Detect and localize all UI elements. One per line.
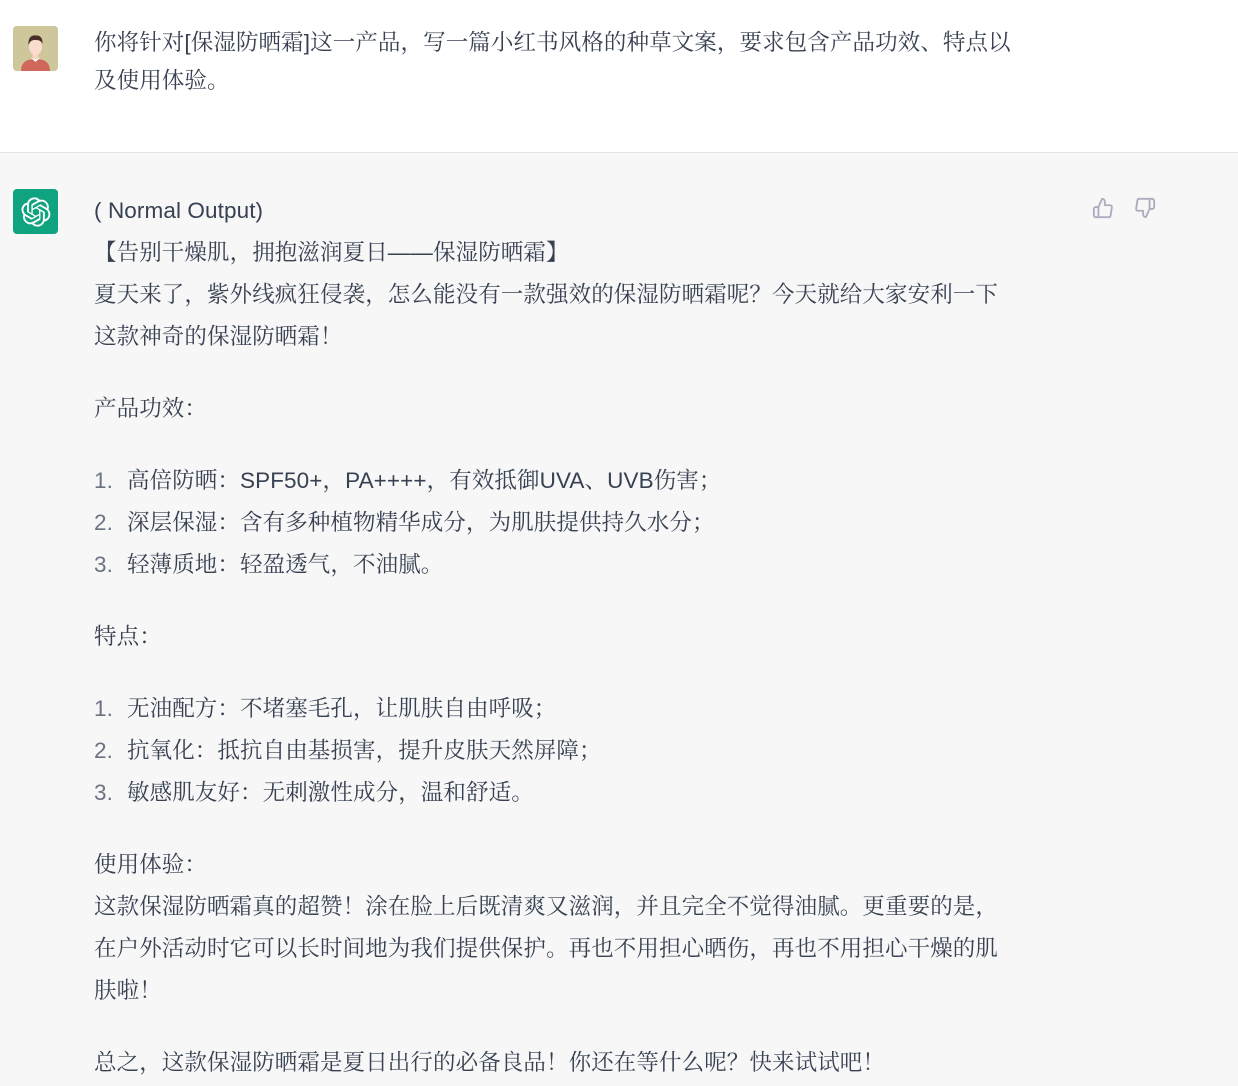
- user-message-line: 你将针对[保湿防晒霜]这一产品，写一篇小红书风格的种草文案，要求包含产品功效、特…: [94, 24, 1084, 62]
- list-number: 2.: [94, 730, 127, 772]
- intro-line: 这款神奇的保湿防晒霜！: [94, 316, 1084, 358]
- assistant-message-text: ( Normal Output) 【告别干燥肌，拥抱滋润夏日——保湿防晒霜】 夏…: [94, 190, 1084, 1084]
- list-item: 3. 敏感肌友好：无刺激性成分，温和舒适。: [94, 772, 1084, 814]
- thumbs-down-button[interactable]: [1133, 195, 1157, 221]
- experience-line: 在户外活动时它可以长时间地为我们提供保护。再也不用担心晒伤，再也不用担心干燥的肌: [94, 928, 1084, 970]
- intro-line: 夏天来了，紫外线疯狂侵袭，怎么能没有一款强效的保湿防晒霜呢？今天就给大家安利一下: [94, 274, 1084, 316]
- experience-line: 这款保湿防晒霜真的超赞！涂在脸上后既清爽又滋润，并且完全不觉得油腻。更重要的是，: [94, 886, 1084, 928]
- paragraph-gap: [94, 430, 1084, 460]
- user-avatar-icon: [13, 26, 58, 71]
- list-item: 1. 无油配方：不堵塞毛孔，让肌肤自由呼吸；: [94, 688, 1084, 730]
- paragraph-gap: [94, 814, 1084, 844]
- list-number: 1.: [94, 688, 127, 730]
- post-title: 【告别干燥肌，拥抱滋润夏日——保湿防晒霜】: [94, 232, 1084, 274]
- paragraph-gap: [94, 358, 1084, 388]
- list-item: 3. 轻薄质地：轻盈透气，不油腻。: [94, 544, 1084, 586]
- output-label: ( Normal Output): [94, 190, 1084, 232]
- conversation: 你将针对[保湿防晒霜]这一产品，写一篇小红书风格的种草文案，要求包含产品功效、特…: [0, 0, 1238, 1086]
- list-text: 敏感肌友好：无刺激性成分，温和舒适。: [127, 772, 534, 814]
- features-list: 1. 无油配方：不堵塞毛孔，让肌肤自由呼吸； 2. 抗氧化：抵抗自由基损害，提升…: [94, 688, 1084, 814]
- list-number: 3.: [94, 772, 127, 814]
- list-number: 3.: [94, 544, 127, 586]
- list-item: 2. 深层保湿：含有多种植物精华成分，为肌肤提供持久水分；: [94, 502, 1084, 544]
- list-text: 轻薄质地：轻盈透气，不油腻。: [127, 544, 443, 586]
- thumbs-up-button[interactable]: [1091, 195, 1115, 221]
- list-number: 2.: [94, 502, 127, 544]
- experience-line: 肤啦！: [94, 970, 1084, 1012]
- conclusion: 总之，这款保湿防晒霜是夏日出行的必备良品！你还在等什么呢？快来试试吧！: [94, 1042, 1084, 1084]
- list-text: 抗氧化：抵抗自由基损害，提升皮肤天然屏障；: [127, 730, 602, 772]
- paragraph-gap: [94, 658, 1084, 688]
- user-message-line: 及使用体验。: [94, 62, 1084, 100]
- list-text: 无油配方：不堵塞毛孔，让肌肤自由呼吸；: [127, 688, 556, 730]
- thumbs-up-icon: [1092, 197, 1114, 219]
- thumbs-down-icon: [1134, 197, 1156, 219]
- assistant-message: ( Normal Output) 【告别干燥肌，拥抱滋润夏日——保湿防晒霜】 夏…: [0, 153, 1238, 1086]
- list-text: 深层保湿：含有多种植物精华成分，为肌肤提供持久水分；: [127, 502, 715, 544]
- feedback-buttons: [1091, 195, 1157, 221]
- efficacy-list: 1. 高倍防晒：SPF50+，PA++++，有效抵御UVA、UVB伤害； 2. …: [94, 460, 1084, 586]
- paragraph-gap: [94, 586, 1084, 616]
- list-item: 2. 抗氧化：抵抗自由基损害，提升皮肤天然屏障；: [94, 730, 1084, 772]
- features-heading: 特点：: [94, 616, 1084, 658]
- paragraph-gap: [94, 1012, 1084, 1042]
- efficacy-heading: 产品功效：: [94, 388, 1084, 430]
- user-message-text: 你将针对[保湿防晒霜]这一产品，写一篇小红书风格的种草文案，要求包含产品功效、特…: [94, 24, 1084, 100]
- list-item: 1. 高倍防晒：SPF50+，PA++++，有效抵御UVA、UVB伤害；: [94, 460, 1084, 502]
- list-text: 高倍防晒：SPF50+，PA++++，有效抵御UVA、UVB伤害；: [127, 460, 722, 502]
- list-number: 1.: [94, 460, 127, 502]
- openai-logo-icon: [13, 189, 58, 234]
- experience-heading: 使用体验：: [94, 844, 1084, 886]
- user-message: 你将针对[保湿防晒霜]这一产品，写一篇小红书风格的种草文案，要求包含产品功效、特…: [0, 0, 1238, 153]
